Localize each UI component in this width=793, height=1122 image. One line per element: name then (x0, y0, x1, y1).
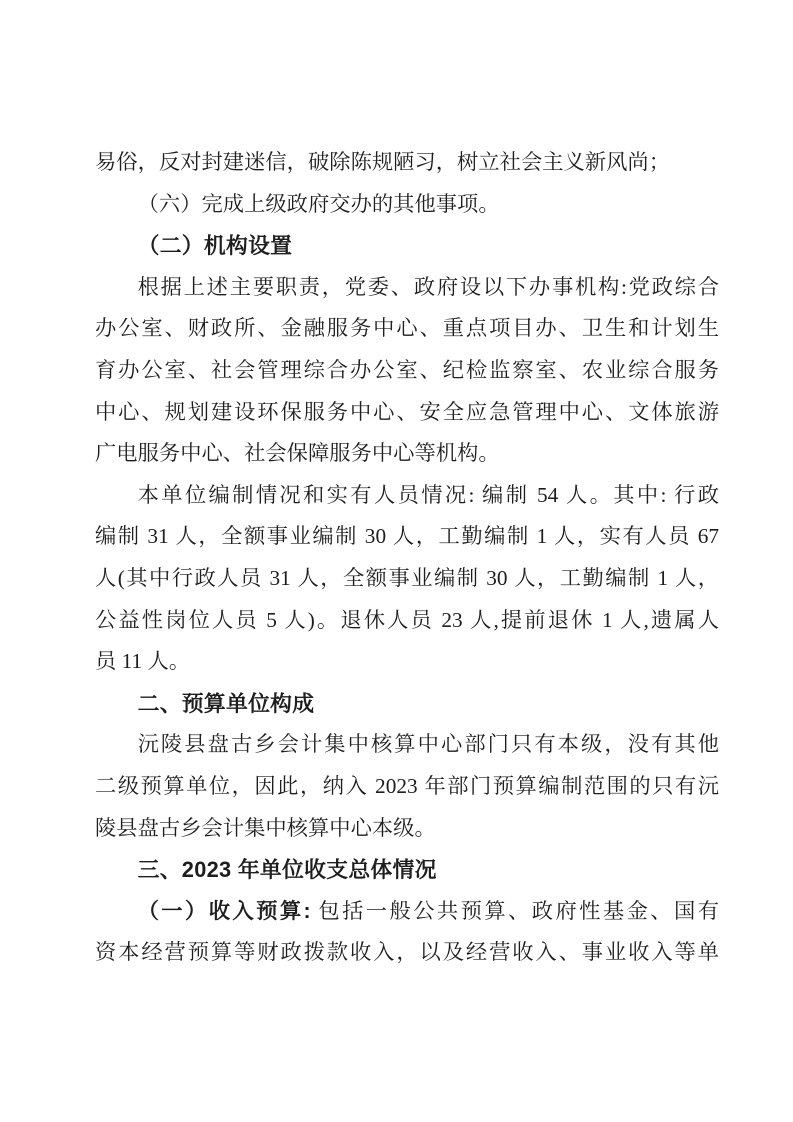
document-page: 易俗，反对封建迷信，破除陈规陋习，树立社会主义新风尚； （六）完成上级政府交办的… (0, 0, 793, 1122)
text-line: （一）收入预算: 包括一般公共预算、政府性基金、国有 (95, 891, 719, 933)
text-line: （六）完成上级政府交办的其他事项。 (95, 184, 719, 226)
text-line: 员 11 人。 (95, 641, 719, 683)
text-line: 二级预算单位，因此，纳入 2023 年部门预算编制范围的只有沅 (95, 766, 719, 808)
section-heading: 三、2023 年单位收支总体情况 (95, 849, 719, 891)
text-line: 编制 31 人，全额事业编制 30 人，工勤编制 1 人，实有人员 67 (95, 516, 719, 558)
text-line: 中心、规划建设环保服务中心、安全应急管理中心、文体旅游 (95, 392, 719, 434)
text-line: 易俗，反对封建迷信，破除陈规陋习，树立社会主义新风尚； (95, 142, 719, 184)
text-line: 办公室、财政所、金融服务中心、重点项目办、卫生和计划生 (95, 308, 719, 350)
section-heading: 二、预算单位构成 (95, 683, 719, 725)
document-content: 易俗，反对封建迷信，破除陈规陋习，树立社会主义新风尚； （六）完成上级政府交办的… (95, 142, 719, 974)
section-heading: （二）机构设置 (95, 225, 719, 267)
text-line: 公益性岗位人员 5 人)。退休人员 23 人,提前退休 1 人,遗属人 (95, 600, 719, 642)
text-line: 人(其中行政人员 31 人，全额事业编制 30 人，工勤编制 1 人， (95, 558, 719, 600)
text-line: 资本经营预算等财政拨款收入，以及经营收入、事业收入等单 (95, 932, 719, 974)
text-line: 根据上述主要职责，党委、政府设以下办事机构:党政综合 (95, 267, 719, 309)
text-line: 沅陵县盘古乡会计集中核算中心部门只有本级，没有其他 (95, 724, 719, 766)
text-line: 育办公室、社会管理综合办公室、纪检监察室、农业综合服务 (95, 350, 719, 392)
inline-bold-label: （一）收入预算: (138, 899, 311, 923)
text-line: 本单位编制情况和实有人员情况: 编制 54 人。其中: 行政 (95, 475, 719, 517)
inline-text: 包括一般公共预算、政府性基金、国有 (311, 899, 719, 923)
text-line: 陵县盘古乡会计集中核算中心本级。 (95, 808, 719, 850)
text-line: 广电服务中心、社会保障服务中心等机构。 (95, 433, 719, 475)
